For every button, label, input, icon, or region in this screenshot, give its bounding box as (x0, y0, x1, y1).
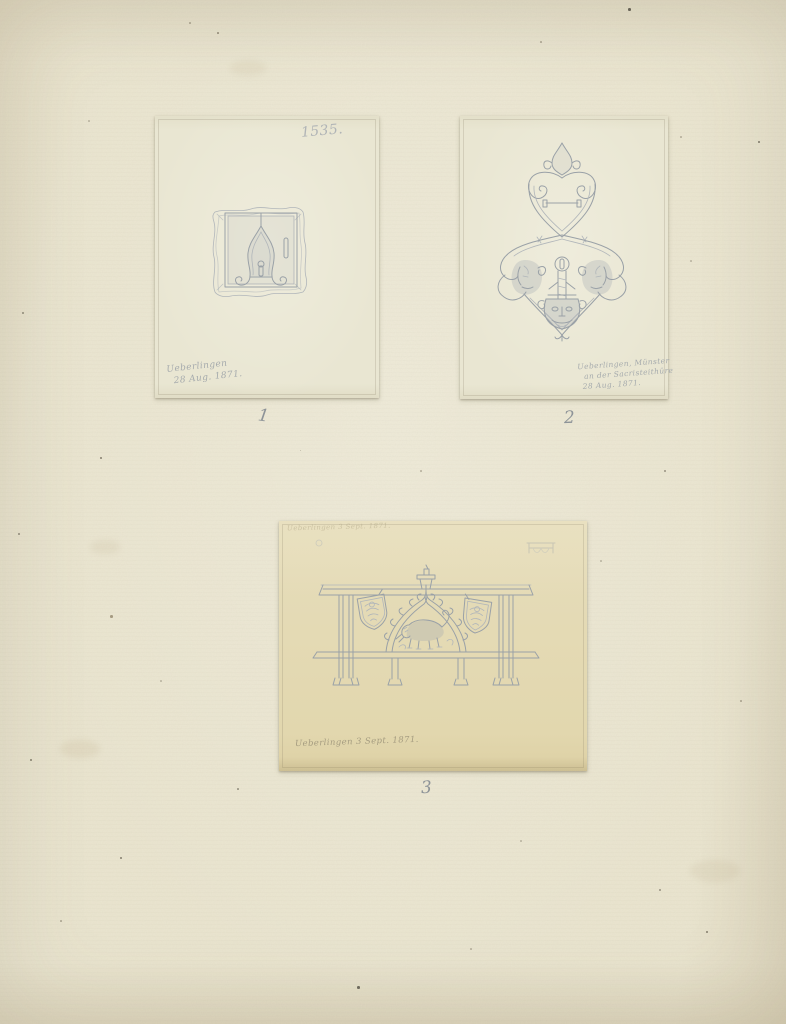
foxing-speck (30, 759, 32, 761)
foxing-speck (659, 889, 661, 891)
drawing-bench-rail (279, 521, 587, 771)
paper-smudge (90, 540, 120, 554)
figure-number-1: 1 (257, 405, 271, 426)
foxing-speck (100, 457, 102, 459)
foxing-speck (470, 948, 472, 950)
paper-smudge (690, 860, 740, 882)
foxing-speck (758, 141, 760, 143)
album-page: 1535. Ueberlingen28 Aug. 1871. (0, 0, 786, 1024)
paper-smudge (230, 60, 266, 76)
foxing-speck (120, 857, 122, 859)
foxing-speck (88, 120, 90, 122)
drawing-strapwork-fitting (460, 116, 668, 399)
foxing-speck (540, 41, 542, 43)
figure-number-2: 2 (564, 408, 576, 428)
foxing-speck (22, 312, 24, 314)
foxing-speck (420, 470, 422, 472)
foxing-speck (237, 788, 239, 790)
drawing-sheet-2: Ueberlingen, Münsteran der Sacristeithür… (460, 116, 668, 399)
foxing-speck (664, 470, 666, 472)
paper-grain-texture (0, 0, 786, 1024)
foxing-speck (357, 986, 360, 989)
foxing-speck (520, 840, 522, 842)
foxing-speck (690, 260, 692, 262)
figure-number-3: 3 (420, 778, 432, 799)
foxing-speck (600, 560, 602, 562)
foxing-speck (680, 136, 682, 138)
foxing-speck (18, 533, 20, 535)
foxing-speck (160, 680, 162, 682)
foxing-speck (110, 615, 113, 618)
drawing-square-escutcheon (155, 116, 379, 398)
paper-smudge (60, 740, 100, 758)
foxing-speck (740, 700, 742, 702)
drawing-sheet-1: 1535. Ueberlingen28 Aug. 1871. (155, 116, 379, 398)
foxing-speck (706, 931, 708, 933)
foxing-speck (300, 450, 301, 451)
foxing-speck (189, 22, 191, 24)
foxing-speck (217, 32, 219, 34)
drawing-sheet-3: Ueberlingen 3 Sept. 1871. (279, 521, 587, 771)
foxing-speck (628, 8, 631, 11)
foxing-speck (60, 920, 62, 922)
